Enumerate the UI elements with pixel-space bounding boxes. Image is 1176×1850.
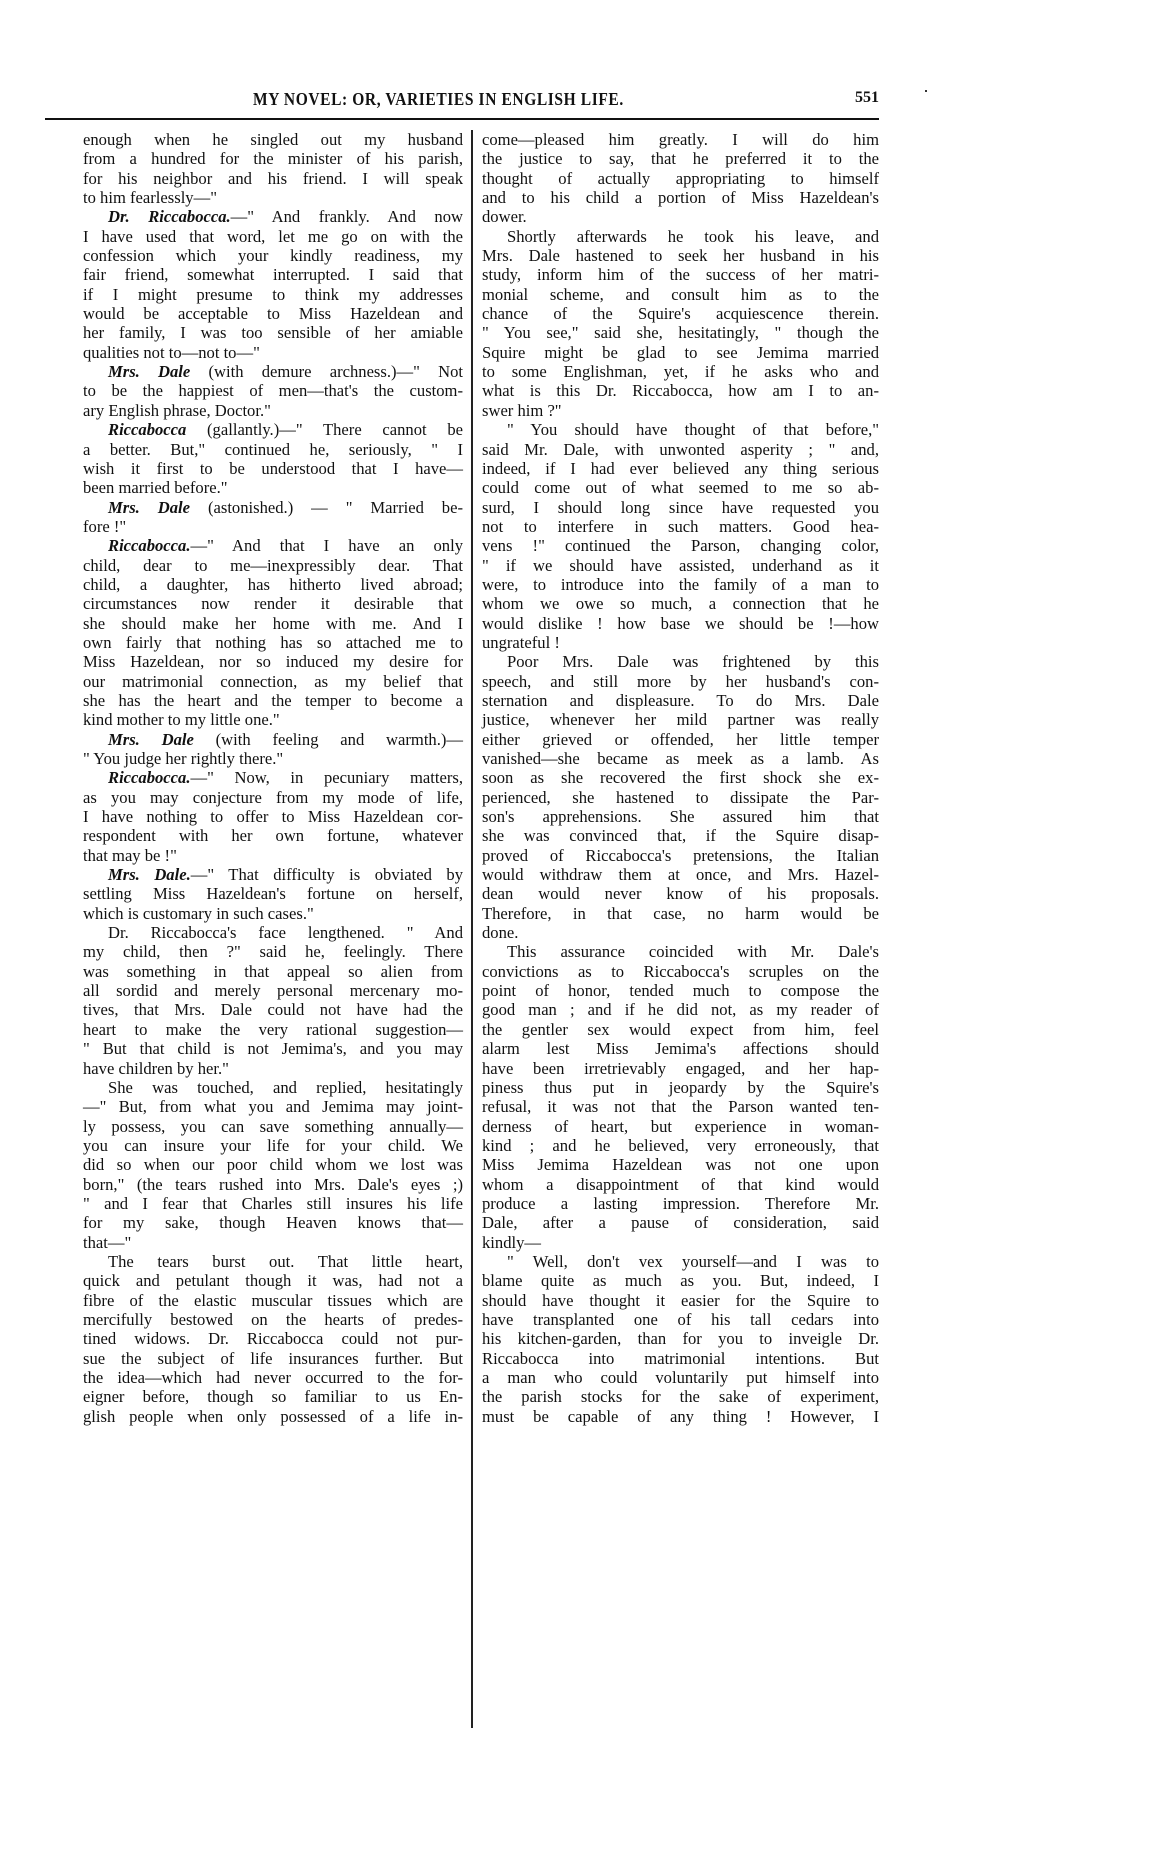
text-line: confession which your kindly readiness, … bbox=[83, 246, 463, 265]
line-text: Mrs. Dale hastened to seek her husband i… bbox=[482, 246, 879, 265]
text-line: you can insure your life for your child.… bbox=[83, 1136, 463, 1155]
line-text: Shortly afterwards he took his leave, an… bbox=[507, 227, 879, 246]
line-text: our matrimonial connection, as my belief… bbox=[83, 672, 463, 691]
text-line: kind mother to my little one." bbox=[83, 710, 463, 729]
text-line: dean would never know of his proposals. bbox=[482, 884, 879, 903]
text-line: blame quite as much as you. But, indeed,… bbox=[482, 1271, 879, 1290]
line-text: Poor Mrs. Dale was frightened by this bbox=[507, 652, 879, 671]
text-line: whom a disappointment of that kind would bbox=[482, 1175, 879, 1194]
text-line: Poor Mrs. Dale was frightened by this bbox=[482, 652, 879, 671]
line-text: not to interfere in such matters. Good h… bbox=[482, 517, 879, 536]
text-line: that may be !" bbox=[83, 846, 463, 865]
text-line: soon as she recovered the first shock sh… bbox=[482, 768, 879, 787]
line-text: have children by her." bbox=[83, 1059, 229, 1078]
line-text: born," (the tears rushed into Mrs. Dale'… bbox=[83, 1175, 463, 1194]
line-text: the idea—which had never occurred to the… bbox=[83, 1368, 463, 1387]
text-line: as you may conjecture from my mode of li… bbox=[83, 788, 463, 807]
line-text: come—pleased him greatly. I will do him bbox=[482, 130, 879, 149]
text-line: Riccabocca (gallantly.)—" There cannot b… bbox=[83, 420, 463, 439]
text-line: would dislike ! how base we should be !—… bbox=[482, 614, 879, 633]
line-text: to be the happiest of men—that's the cus… bbox=[83, 381, 463, 400]
text-line: child, dear to me—inexpressibly dear. Th… bbox=[83, 556, 463, 575]
line-text: you can insure your life for your child.… bbox=[83, 1136, 463, 1155]
text-line: Riccabocca into matrimonial intentions. … bbox=[482, 1349, 879, 1368]
speaker-name: Riccabocca. bbox=[108, 768, 190, 787]
line-text: heart to make the very rational suggesti… bbox=[83, 1020, 463, 1039]
line-text: tives, that Mrs. Dale could not have had… bbox=[83, 1000, 463, 1019]
text-line: Mrs. Dale hastened to seek her husband i… bbox=[482, 246, 879, 265]
line-text: what is this Dr. Riccabocca, how am I to… bbox=[482, 381, 879, 400]
line-text: that may be !" bbox=[83, 846, 177, 865]
text-line: Miss Hazeldean, nor so induced my desire… bbox=[83, 652, 463, 671]
text-line: surd, I should long since have requested… bbox=[482, 498, 879, 517]
line-text: Miss Jemima Hazeldean was not one upon bbox=[482, 1155, 879, 1174]
text-line: Riccabocca.—" Now, in pecuniary matters, bbox=[83, 768, 463, 787]
text-line: if I might presume to think my addresses bbox=[83, 285, 463, 304]
line-text: the gentler sex would expect from him, f… bbox=[482, 1020, 879, 1039]
text-line: which is customary in such cases." bbox=[83, 904, 463, 923]
text-line: and to his child a portion of Miss Hazel… bbox=[482, 188, 879, 207]
line-text: kindly— bbox=[482, 1233, 541, 1252]
text-line: come—pleased him greatly. I will do him bbox=[482, 130, 879, 149]
text-line: not to interfere in such matters. Good h… bbox=[482, 517, 879, 536]
line-text: said Mr. Dale, with unwonted asperity ; … bbox=[482, 440, 879, 459]
line-text: the parish stocks for the sake of experi… bbox=[482, 1387, 879, 1406]
line-text: whom we owe so much, a connection that h… bbox=[482, 594, 879, 613]
line-text: for my sake, though Heaven knows that— bbox=[83, 1213, 463, 1232]
line-text: would be acceptable to Miss Hazeldean an… bbox=[83, 304, 463, 323]
line-text: proved of Riccabocca's pretensions, the … bbox=[482, 846, 879, 865]
line-text: own fairly that nothing has so attached … bbox=[83, 633, 463, 652]
line-text: kind ; and he believed, very erroneously… bbox=[482, 1136, 879, 1155]
text-line: " But that child is not Jemima's, and yo… bbox=[83, 1039, 463, 1058]
text-line: Shortly afterwards he took his leave, an… bbox=[482, 227, 879, 246]
text-line: glish people when only possessed of a li… bbox=[83, 1407, 463, 1426]
text-line: point of honor, tended much to compose t… bbox=[482, 981, 879, 1000]
text-line: heart to make the very rational suggesti… bbox=[83, 1020, 463, 1039]
text-line: from a hundred for the minister of his p… bbox=[83, 149, 463, 168]
text-line: ungrateful ! bbox=[482, 633, 879, 652]
page-number: 551 bbox=[855, 89, 879, 107]
text-line: study, inform him of the success of her … bbox=[482, 265, 879, 284]
text-line: " You should have thought of that before… bbox=[482, 420, 879, 439]
text-line: for my sake, though Heaven knows that— bbox=[83, 1213, 463, 1232]
line-text: point of honor, tended much to compose t… bbox=[482, 981, 879, 1000]
text-line: convictions as to Riccabocca's scruples … bbox=[482, 962, 879, 981]
line-text: surd, I should long since have requested… bbox=[482, 498, 879, 517]
text-line: either grieved or offended, her little t… bbox=[482, 730, 879, 749]
text-line: born," (the tears rushed into Mrs. Dale'… bbox=[83, 1175, 463, 1194]
line-text: perienced, she hastened to dissipate the… bbox=[482, 788, 879, 807]
text-line: This assurance coincided with Mr. Dale's bbox=[482, 942, 879, 961]
line-text: qualities not to—not to—" bbox=[83, 343, 260, 362]
line-text: vanished—she became as meek as a lamb. A… bbox=[482, 749, 879, 768]
line-text: I have nothing to offer to Miss Hazeldea… bbox=[83, 807, 463, 826]
line-text: respondent with her own fortune, whateve… bbox=[83, 826, 463, 845]
line-text: " Well, don't vex yourself—and I was to bbox=[507, 1252, 879, 1271]
line-text: from a hundred for the minister of his p… bbox=[83, 149, 463, 168]
line-text: have been irretrievably engaged, and her… bbox=[482, 1059, 879, 1078]
text-line: a man who could voluntarily put himself … bbox=[482, 1368, 879, 1387]
text-line: indeed, if I had ever believed any thing… bbox=[482, 459, 879, 478]
line-text: I have used that word, let me go on with… bbox=[83, 227, 463, 246]
text-line: would withdraw them at once, and Mrs. Ha… bbox=[482, 865, 879, 884]
text-line: Mrs. Dale (with demure archness.)—" Not bbox=[83, 362, 463, 381]
line-text: and to his child a portion of Miss Hazel… bbox=[482, 188, 879, 207]
speaker-name: Riccabocca. bbox=[108, 536, 190, 555]
line-text: circumstances now render it desirable th… bbox=[83, 594, 463, 613]
line-text: which is customary in such cases." bbox=[83, 904, 314, 923]
text-line: child, a daughter, has hitherto lived ab… bbox=[83, 575, 463, 594]
line-text: eigner before, though so familiar to us … bbox=[83, 1387, 463, 1406]
text-line: enough when he singled out my husband bbox=[83, 130, 463, 149]
line-text: produce a lasting impression. Therefore … bbox=[482, 1194, 879, 1213]
text-line: refusal, it was not that the Parson want… bbox=[482, 1097, 879, 1116]
line-text: fair friend, somewhat interrupted. I sai… bbox=[83, 265, 463, 284]
text-line: tives, that Mrs. Dale could not have had… bbox=[83, 1000, 463, 1019]
text-line: mercifully bestowed on the hearts of pre… bbox=[83, 1310, 463, 1329]
line-text: would withdraw them at once, and Mrs. Ha… bbox=[482, 865, 879, 884]
text-line: must be capable of any thing ! However, … bbox=[482, 1407, 879, 1426]
line-text: my child, then ?" said he, feelingly. Th… bbox=[83, 942, 463, 961]
line-text: Squire might be glad to see Jemima marri… bbox=[482, 343, 879, 362]
line-text: swer him ?" bbox=[482, 401, 562, 420]
text-line: the idea—which had never occurred to the… bbox=[83, 1368, 463, 1387]
text-line: swer him ?" bbox=[482, 401, 879, 420]
text-line: chance of the Squire's acquiescence ther… bbox=[482, 304, 879, 323]
line-text: ungrateful ! bbox=[482, 633, 560, 652]
left-text-column: enough when he singled out my husbandfro… bbox=[83, 130, 463, 1426]
line-text: monial scheme, and consult him as to the bbox=[482, 285, 879, 304]
text-line: vens !" continued the Parson, changing c… bbox=[482, 536, 879, 555]
text-line: have been irretrievably engaged, and her… bbox=[482, 1059, 879, 1078]
line-text: " if we should have assisted, underhand … bbox=[482, 556, 879, 575]
line-text: quick and petulant though it was, had no… bbox=[83, 1271, 463, 1290]
text-line: dower. bbox=[482, 207, 879, 226]
text-line: monial scheme, and consult him as to the bbox=[482, 285, 879, 304]
line-text: Dr. Riccabocca's face lengthened. " And bbox=[108, 923, 463, 942]
text-line: Dale, after a pause of consideration, sa… bbox=[482, 1213, 879, 1232]
text-line: The tears burst out. That little heart, bbox=[83, 1252, 463, 1271]
text-line: could come out of what seemed to me so a… bbox=[482, 478, 879, 497]
line-text: soon as she recovered the first shock sh… bbox=[482, 768, 879, 787]
text-line: own fairly that nothing has so attached … bbox=[83, 633, 463, 652]
line-text: " You judge her rightly there." bbox=[83, 749, 283, 768]
line-text: must be capable of any thing ! However, … bbox=[482, 1407, 879, 1426]
speaker-name: Mrs. Dale bbox=[108, 498, 190, 517]
text-line: kind ; and he believed, very erroneously… bbox=[482, 1136, 879, 1155]
text-line: alarm lest Miss Jemima's affections shou… bbox=[482, 1039, 879, 1058]
line-text: mercifully bestowed on the hearts of pre… bbox=[83, 1310, 463, 1329]
text-line: kindly— bbox=[482, 1233, 879, 1252]
line-text: dean would never know of his proposals. bbox=[482, 884, 879, 903]
text-line: my child, then ?" said he, feelingly. Th… bbox=[83, 942, 463, 961]
line-text: for his neighbor and his friend. I will … bbox=[83, 169, 463, 188]
text-line: what is this Dr. Riccabocca, how am I to… bbox=[482, 381, 879, 400]
text-line: our matrimonial connection, as my belief… bbox=[83, 672, 463, 691]
text-line: a better. But," continued he, seriously,… bbox=[83, 440, 463, 459]
line-text: a better. But," continued he, seriously,… bbox=[83, 440, 463, 459]
line-text: —" But, from what you and Jemima may joi… bbox=[83, 1097, 463, 1116]
text-line: his kitchen-garden, than for you to inve… bbox=[482, 1329, 879, 1348]
text-line: whom we owe so much, a connection that h… bbox=[482, 594, 879, 613]
line-text: chance of the Squire's acquiescence ther… bbox=[482, 304, 879, 323]
text-line: said Mr. Dale, with unwonted asperity ; … bbox=[482, 440, 879, 459]
line-text: have transplanted one of his tall cedars… bbox=[482, 1310, 879, 1329]
text-line: should have thought it easier for the Sq… bbox=[482, 1291, 879, 1310]
text-line: She was touched, and replied, hesitating… bbox=[83, 1078, 463, 1097]
line-text: she has the heart and the temper to beco… bbox=[83, 691, 463, 710]
text-line: settling Miss Hazeldean's fortune on her… bbox=[83, 884, 463, 903]
text-line: all sordid and merely personal mercenary… bbox=[83, 981, 463, 1000]
text-line: were, to introduce into the family of a … bbox=[482, 575, 879, 594]
line-text: were, to introduce into the family of a … bbox=[482, 575, 879, 594]
line-text: would dislike ! how base we should be !—… bbox=[482, 614, 879, 633]
line-text: (with feeling and warmth.)— bbox=[194, 730, 463, 749]
line-text: the justice to say, that he preferred it… bbox=[482, 149, 879, 168]
line-text: child, dear to me—inexpressibly dear. Th… bbox=[83, 556, 463, 575]
text-line: did so when our poor child whom we lost … bbox=[83, 1155, 463, 1174]
text-line: her family, I was too sensible of her am… bbox=[83, 323, 463, 342]
line-text: kind mother to my little one." bbox=[83, 710, 280, 729]
line-text: ly possess, you can save something annua… bbox=[83, 1117, 463, 1136]
speaker-name: Riccabocca bbox=[108, 420, 186, 439]
text-line: fair friend, somewhat interrupted. I sai… bbox=[83, 265, 463, 284]
line-text: should have thought it easier for the Sq… bbox=[482, 1291, 879, 1310]
line-text: " You should have thought of that before… bbox=[507, 420, 879, 439]
text-line: done. bbox=[482, 923, 879, 942]
text-line: that—" bbox=[83, 1233, 463, 1252]
line-text: that—" bbox=[83, 1233, 131, 1252]
text-line: sue the subject of life insurances furth… bbox=[83, 1349, 463, 1368]
text-line: for his neighbor and his friend. I will … bbox=[83, 169, 463, 188]
text-line: son's apprehensions. She assured him tha… bbox=[482, 807, 879, 826]
text-line: Miss Jemima Hazeldean was not one upon bbox=[482, 1155, 879, 1174]
line-text: " and I fear that Charles still insures … bbox=[83, 1194, 463, 1213]
text-line: " if we should have assisted, underhand … bbox=[482, 556, 879, 575]
line-text: glish people when only possessed of a li… bbox=[83, 1407, 463, 1426]
text-line: Mrs. Dale (with feeling and warmth.)— bbox=[83, 730, 463, 749]
text-line: been married before." bbox=[83, 478, 463, 497]
line-text: either grieved or offended, her little t… bbox=[482, 730, 879, 749]
text-line: fore !" bbox=[83, 517, 463, 536]
line-text: indeed, if I had ever believed any thing… bbox=[482, 459, 879, 478]
text-line: perienced, she hastened to dissipate the… bbox=[482, 788, 879, 807]
line-text: to some Englishman, yet, if he asks who … bbox=[482, 362, 879, 381]
text-line: the justice to say, that he preferred it… bbox=[482, 149, 879, 168]
text-line: produce a lasting impression. Therefore … bbox=[482, 1194, 879, 1213]
line-text: was something in that appeal so alien fr… bbox=[83, 962, 463, 981]
line-text: her family, I was too sensible of her am… bbox=[83, 323, 463, 342]
line-text: enough when he singled out my husband bbox=[83, 130, 463, 149]
line-text: fibre of the elastic muscular tissues wh… bbox=[83, 1291, 463, 1310]
line-text: derness of heart, but experience in woma… bbox=[482, 1117, 879, 1136]
line-text: tined widows. Dr. Riccabocca could not p… bbox=[83, 1329, 463, 1348]
text-line: —" But, from what you and Jemima may joi… bbox=[83, 1097, 463, 1116]
running-title: MY NOVEL: OR, VARIETIES IN ENGLISH LIFE. bbox=[253, 90, 624, 111]
text-line: she has the heart and the temper to beco… bbox=[83, 691, 463, 710]
text-line: ary English phrase, Doctor." bbox=[83, 401, 463, 420]
line-text: —" That difficulty is obviated by bbox=[191, 865, 463, 884]
line-text: Dale, after a pause of consideration, sa… bbox=[482, 1213, 879, 1232]
line-text: —" And that I have an only bbox=[190, 536, 463, 555]
text-line: " You see," said she, hesitatingly, " th… bbox=[482, 323, 879, 342]
right-text-column: come—pleased him greatly. I will do himt… bbox=[482, 130, 879, 1426]
running-header: MY NOVEL: OR, VARIETIES IN ENGLISH LIFE.… bbox=[83, 86, 879, 116]
line-text: refusal, it was not that the Parson want… bbox=[482, 1097, 879, 1116]
text-line: tined widows. Dr. Riccabocca could not p… bbox=[83, 1329, 463, 1348]
line-text: sternation and displeasure. To do Mrs. D… bbox=[482, 691, 879, 710]
line-text: a man who could voluntarily put himself … bbox=[482, 1368, 879, 1387]
text-line: to be the happiest of men—that's the cus… bbox=[83, 381, 463, 400]
text-line: quick and petulant though it was, had no… bbox=[83, 1271, 463, 1290]
speaker-name: Dr. Riccabocca. bbox=[108, 207, 231, 226]
line-text: could come out of what seemed to me so a… bbox=[482, 478, 879, 497]
text-line: circumstances now render it desirable th… bbox=[83, 594, 463, 613]
text-line: Mrs. Dale (astonished.) — " Married be- bbox=[83, 498, 463, 517]
text-line: sternation and displeasure. To do Mrs. D… bbox=[482, 691, 879, 710]
line-text: she was convinced that, if the Squire di… bbox=[482, 826, 879, 845]
text-line: vanished—she became as meek as a lamb. A… bbox=[482, 749, 879, 768]
line-text: settling Miss Hazeldean's fortune on her… bbox=[83, 884, 463, 903]
line-text: wish it first to be understood that I ha… bbox=[83, 459, 463, 478]
text-line: Riccabocca.—" And that I have an only bbox=[83, 536, 463, 555]
text-line: respondent with her own fortune, whateve… bbox=[83, 826, 463, 845]
text-line: Mrs. Dale.—" That difficulty is obviated… bbox=[83, 865, 463, 884]
text-line: have transplanted one of his tall cedars… bbox=[482, 1310, 879, 1329]
text-line: the parish stocks for the sake of experi… bbox=[482, 1387, 879, 1406]
text-line: " Well, don't vex yourself—and I was to bbox=[482, 1252, 879, 1271]
text-line: have children by her." bbox=[83, 1059, 463, 1078]
line-text: speech, and still more by her husband's … bbox=[482, 672, 879, 691]
line-text: study, inform him of the success of her … bbox=[482, 265, 879, 284]
line-text: convictions as to Riccabocca's scruples … bbox=[482, 962, 879, 981]
line-text: Riccabocca into matrimonial intentions. … bbox=[482, 1349, 879, 1368]
line-text: son's apprehensions. She assured him tha… bbox=[482, 807, 879, 826]
text-line: to some Englishman, yet, if he asks who … bbox=[482, 362, 879, 381]
text-line: would be acceptable to Miss Hazeldean an… bbox=[83, 304, 463, 323]
text-line: Therefore, in that case, no harm would b… bbox=[482, 904, 879, 923]
line-text: justice, whenever her mild partner was r… bbox=[482, 710, 879, 729]
line-text: whom a disappointment of that kind would bbox=[482, 1175, 879, 1194]
text-line: " and I fear that Charles still insures … bbox=[83, 1194, 463, 1213]
line-text: alarm lest Miss Jemima's affections shou… bbox=[482, 1039, 879, 1058]
text-line: justice, whenever her mild partner was r… bbox=[482, 710, 879, 729]
line-text: done. bbox=[482, 923, 518, 942]
text-line: good man ; and if he did not, as my read… bbox=[482, 1000, 879, 1019]
text-line: fibre of the elastic muscular tissues wh… bbox=[83, 1291, 463, 1310]
line-text: (gallantly.)—" There cannot be bbox=[186, 420, 463, 439]
line-text: fore !" bbox=[83, 517, 126, 536]
line-text: been married before." bbox=[83, 478, 228, 497]
line-text: did so when our poor child whom we lost … bbox=[83, 1155, 463, 1174]
text-line: piness thus put in jeopardy by the Squir… bbox=[482, 1078, 879, 1097]
text-line: proved of Riccabocca's pretensions, the … bbox=[482, 846, 879, 865]
line-text: piness thus put in jeopardy by the Squir… bbox=[482, 1078, 879, 1097]
line-text: child, a daughter, has hitherto lived ab… bbox=[83, 575, 463, 594]
line-text: sue the subject of life insurances furth… bbox=[83, 1349, 463, 1368]
line-text: confession which your kindly readiness, … bbox=[83, 246, 463, 265]
text-line: the gentler sex would expect from him, f… bbox=[482, 1020, 879, 1039]
line-text: vens !" continued the Parson, changing c… bbox=[482, 536, 879, 555]
line-text: " You see," said she, hesitatingly, " th… bbox=[482, 323, 879, 342]
text-line: derness of heart, but experience in woma… bbox=[482, 1117, 879, 1136]
line-text: " But that child is not Jemima's, and yo… bbox=[83, 1039, 463, 1058]
line-text: —" Now, in pecuniary matters, bbox=[190, 768, 463, 787]
text-line: I have used that word, let me go on with… bbox=[83, 227, 463, 246]
line-text: good man ; and if he did not, as my read… bbox=[482, 1000, 879, 1019]
column-divider bbox=[471, 130, 473, 1728]
text-line: was something in that appeal so alien fr… bbox=[83, 962, 463, 981]
line-text: she should make her home with me. And I bbox=[83, 614, 463, 633]
speaker-name: Mrs. Dale bbox=[108, 362, 190, 381]
text-line: I have nothing to offer to Miss Hazeldea… bbox=[83, 807, 463, 826]
scan-speck bbox=[925, 90, 927, 92]
line-text: This assurance coincided with Mr. Dale's bbox=[507, 942, 879, 961]
line-text: —" And frankly. And now bbox=[231, 207, 463, 226]
line-text: if I might presume to think my addresses bbox=[83, 285, 463, 304]
line-text: as you may conjecture from my mode of li… bbox=[83, 788, 463, 807]
text-line: " You judge her rightly there." bbox=[83, 749, 463, 768]
line-text: thought of actually appropriating to him… bbox=[482, 169, 879, 188]
header-rule bbox=[45, 118, 879, 120]
text-line: speech, and still more by her husband's … bbox=[482, 672, 879, 691]
text-line: ly possess, you can save something annua… bbox=[83, 1117, 463, 1136]
line-text: (astonished.) — " Married be- bbox=[190, 498, 463, 517]
line-text: The tears burst out. That little heart, bbox=[108, 1252, 463, 1271]
text-line: wish it first to be understood that I ha… bbox=[83, 459, 463, 478]
speaker-name: Mrs. Dale bbox=[108, 730, 194, 749]
text-line: eigner before, though so familiar to us … bbox=[83, 1387, 463, 1406]
text-line: Dr. Riccabocca.—" And frankly. And now bbox=[83, 207, 463, 226]
line-text: Therefore, in that case, no harm would b… bbox=[482, 904, 879, 923]
line-text: She was touched, and replied, hesitating… bbox=[108, 1078, 463, 1097]
text-line: Squire might be glad to see Jemima marri… bbox=[482, 343, 879, 362]
text-line: Dr. Riccabocca's face lengthened. " And bbox=[83, 923, 463, 942]
line-text: all sordid and merely personal mercenary… bbox=[83, 981, 463, 1000]
line-text: ary English phrase, Doctor." bbox=[83, 401, 271, 420]
text-line: thought of actually appropriating to him… bbox=[482, 169, 879, 188]
line-text: blame quite as much as you. But, indeed,… bbox=[482, 1271, 879, 1290]
line-text: Miss Hazeldean, nor so induced my desire… bbox=[83, 652, 463, 671]
line-text: to him fearlessly—" bbox=[83, 188, 217, 207]
text-line: she was convinced that, if the Squire di… bbox=[482, 826, 879, 845]
text-line: she should make her home with me. And I bbox=[83, 614, 463, 633]
line-text: dower. bbox=[482, 207, 527, 226]
text-line: to him fearlessly—" bbox=[83, 188, 463, 207]
speaker-name: Mrs. Dale. bbox=[108, 865, 191, 884]
line-text: his kitchen-garden, than for you to inve… bbox=[482, 1329, 879, 1348]
line-text: (with demure archness.)—" Not bbox=[190, 362, 463, 381]
text-line: qualities not to—not to—" bbox=[83, 343, 463, 362]
